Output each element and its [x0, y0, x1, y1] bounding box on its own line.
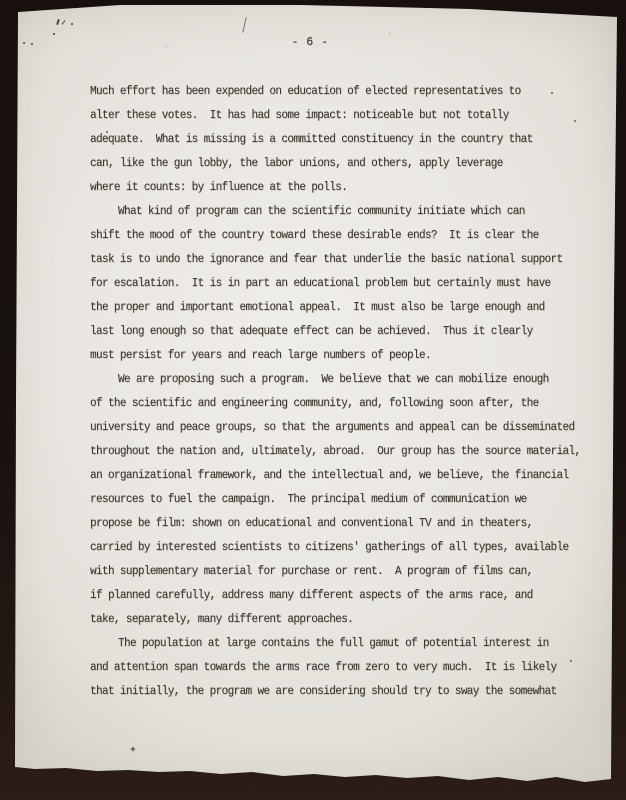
text-line: and attention span towards the arms race…: [90, 655, 606, 681]
text-line: Much effort has been expended on educati…: [90, 79, 606, 105]
text-line: of the scientific and engineering commun…: [90, 391, 606, 417]
text-line: where it counts: by influence at the pol…: [90, 175, 606, 201]
document-page: - 6 - Much effort has been expended on e…: [0, 0, 626, 800]
text-line: task is to undo the ignorance and fear t…: [90, 247, 606, 273]
text-line: resources to fuel the campaign. The prin…: [90, 487, 606, 513]
text-line: We are proposing such a program. We beli…: [90, 367, 606, 393]
text-line: that initially, the program we are consi…: [90, 679, 606, 705]
text-line: must persist for years and reach large n…: [90, 343, 606, 369]
text-line: take, separately, many different approac…: [90, 607, 606, 633]
scanned-photo-background: - 6 - Much effort has been expended on e…: [0, 0, 626, 800]
paragraph: Much effort has been expended on educati…: [90, 80, 606, 200]
scratch-mark: [242, 17, 247, 33]
text-line: the proper and important emotional appea…: [90, 295, 606, 321]
page-number: - 6 -: [0, 36, 620, 49]
text-line: an organizational framework, and the int…: [90, 463, 606, 489]
text-line: What kind of program can the scientific …: [90, 199, 606, 225]
text-line: propose be film: shown on educational an…: [90, 511, 606, 537]
text-line: university and peace groups, so that the…: [90, 415, 606, 441]
text-line: if planned carefully, address many diffe…: [90, 583, 606, 609]
text-line: with supplementary material for purchase…: [90, 559, 606, 585]
text-line: carried by interested scientists to citi…: [90, 535, 606, 561]
text-line: adequate. What is missing is a committed…: [90, 127, 606, 153]
document-body: Much effort has been expended on educati…: [90, 80, 606, 704]
paragraph: The population at large contains the ful…: [90, 632, 606, 704]
text-line: The population at large contains the ful…: [90, 631, 606, 657]
text-line: alter these votes. It has had some impac…: [90, 103, 606, 129]
plus-pen-mark: +: [129, 745, 137, 755]
text-line: shift the mood of the country toward the…: [90, 223, 606, 249]
text-line: can, like the gun lobby, the labor union…: [90, 151, 606, 177]
text-line: last long enough so that adequate effect…: [90, 319, 606, 345]
text-line: throughout the nation and, ultimately, a…: [90, 439, 606, 465]
paragraph: What kind of program can the scientific …: [90, 200, 606, 368]
text-line: for escalation. It is in part an educati…: [90, 271, 606, 297]
paragraph: We are proposing such a program. We beli…: [90, 368, 606, 632]
